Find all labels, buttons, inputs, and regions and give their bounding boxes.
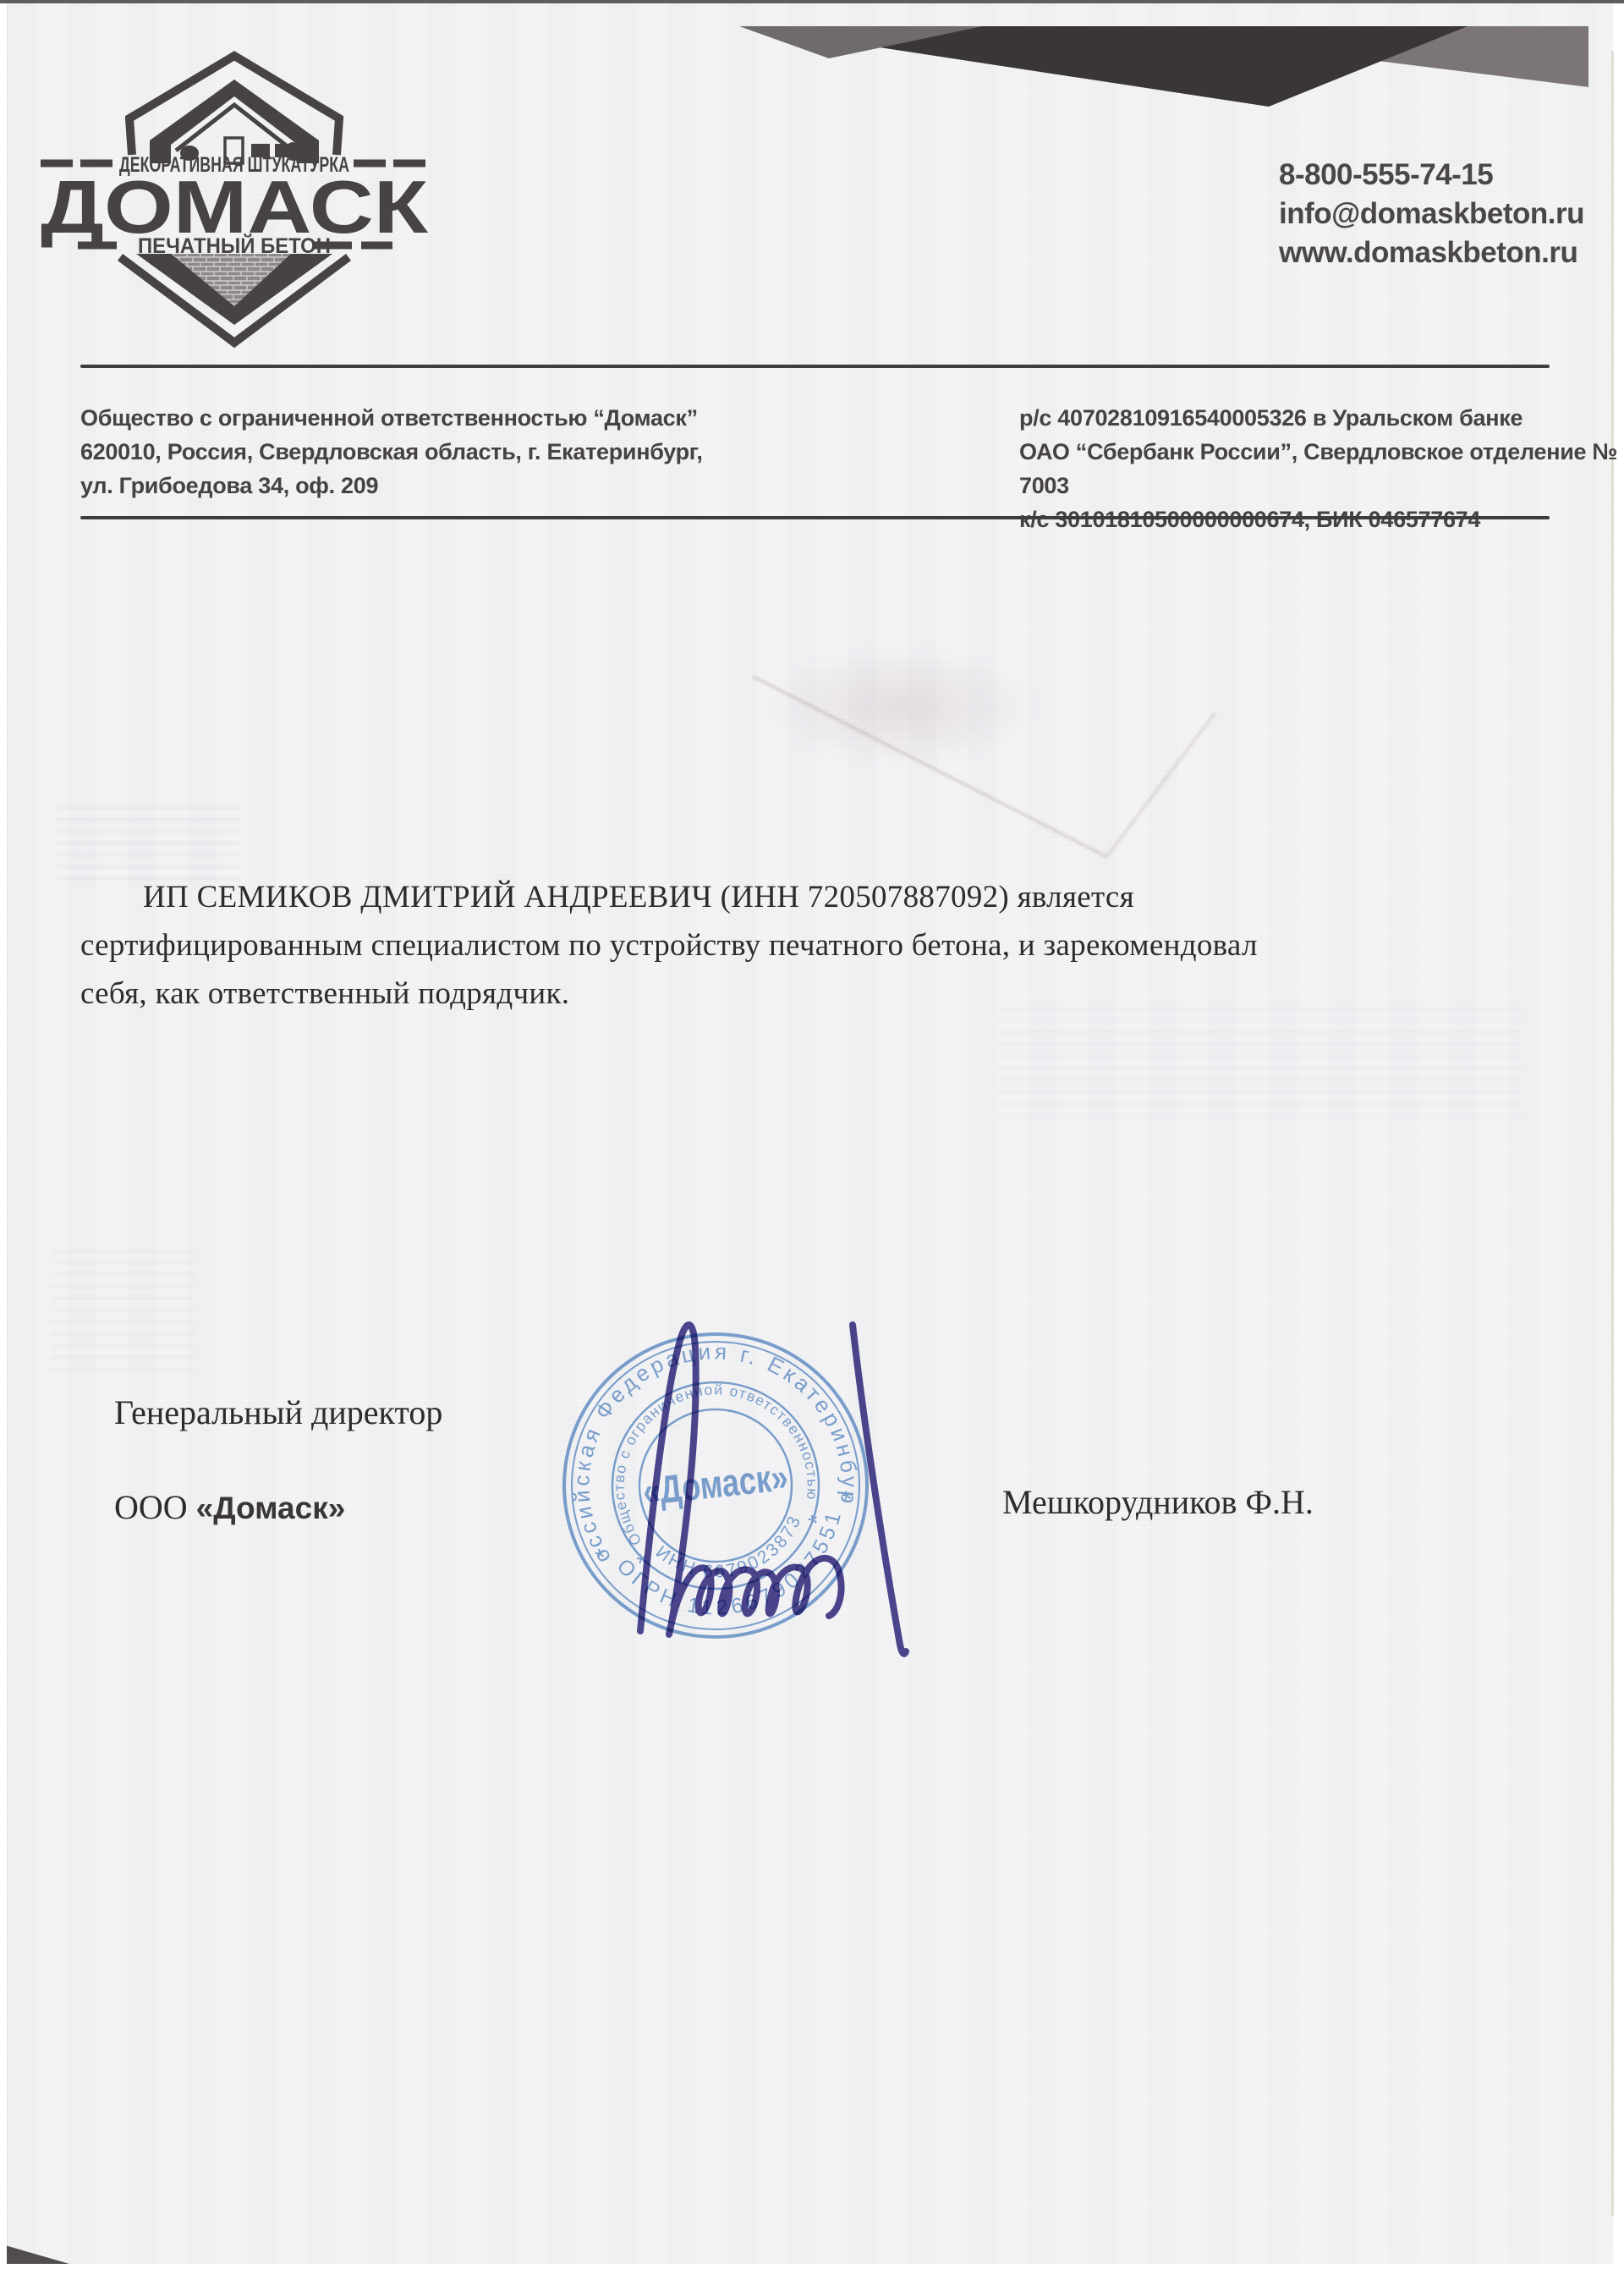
bleed-through-smudge	[761, 647, 1040, 766]
header-ribbon-graphic	[727, 24, 1614, 113]
contact-email: info@domaskbeton.ru	[1279, 195, 1584, 233]
contact-website: www.domaskbeton.ru	[1279, 233, 1584, 272]
company-address-block: Общество с ограниченной ответственностью…	[80, 401, 703, 503]
signature-main-stroke	[640, 1325, 842, 1634]
contact-block: 8-800-555-74-15 info@domaskbeton.ru www.…	[1279, 156, 1584, 272]
paragraph-line-3: себя, как ответственный подрядчик.	[80, 969, 1552, 1018]
org-prefix: ООО	[114, 1488, 196, 1526]
certificate-paragraph: ИП СЕМИКОВ ДМИТРИЙ АНДРЕЕВИЧ (ИНН 720507…	[80, 873, 1552, 1018]
bank-bik-line: к/с 30101810500000000674, БИК 046577674	[1019, 503, 1624, 536]
director-title: Генеральный директор	[114, 1392, 442, 1432]
divider-top	[80, 365, 1550, 368]
divider-bottom	[80, 516, 1550, 519]
bank-name-line: ОАО “Сбербанк России”, Свердловское отде…	[1019, 435, 1624, 503]
scan-edge-strip	[0, 0, 1624, 3]
domask-logo: ДЕКОРАТИВНАЯ ШТУКАТУРКА ДОМАСК ПЕЧАТНЫЙ …	[34, 27, 431, 365]
company-address-line: 620010, Россия, Свердловская область, г.…	[80, 435, 703, 469]
paragraph-line-1: ИП СЕМИКОВ ДМИТРИЙ АНДРЕЕВИЧ (ИНН 720507…	[80, 873, 1552, 921]
bleed-through-streaks-2	[51, 1244, 195, 1370]
signature-flourish-stroke	[853, 1325, 906, 1654]
paragraph-line-2: сертифицированным специалистом по устрой…	[80, 921, 1552, 969]
director-name: Мешкорудников Ф.Н.	[1002, 1482, 1314, 1522]
scan-right-edge	[1611, 51, 1614, 2216]
company-street-line: ул. Грибоедова 34, оф. 209	[80, 469, 703, 503]
company-name-line: Общество с ограниченной ответственностью…	[80, 401, 703, 435]
contact-phone: 8-800-555-74-15	[1279, 156, 1584, 195]
org-name: «Домаск»	[196, 1491, 346, 1525]
handwritten-signature	[592, 1303, 947, 1675]
bank-account-line: р/с 40702810916540005326 в Уральском бан…	[1019, 401, 1624, 435]
org-line: ООО «Домаск»	[114, 1487, 345, 1527]
bleed-through-streaks-1	[55, 799, 241, 880]
